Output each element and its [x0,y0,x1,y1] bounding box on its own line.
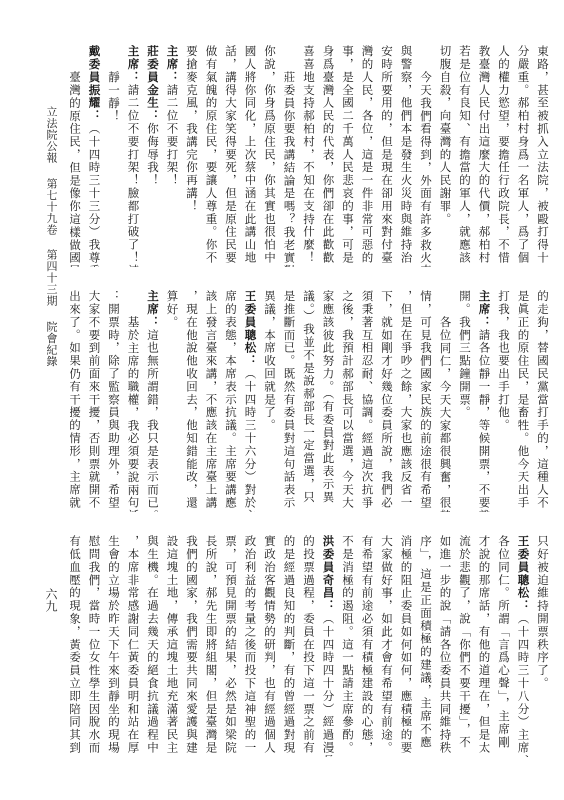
line-text: 須秉著互相忍耐、協調。經過這次抗爭 [361,290,375,509]
volume-label: 第七十九卷 [44,178,58,236]
line-text: 席的表態，本席表示抗議。主席要講應 [224,290,238,509]
line-text: 開。我們三點鐘開票。 [458,290,472,419]
speaker-line: 莊委員金生：你侮辱我！ [143,45,163,267]
text-line: 流於悲觀了，說「你們不要干擾」，不 [455,535,475,757]
text-line: 異議，本席收回就是了。 [260,290,280,512]
speaker-name: 莊委員金生： [146,45,160,122]
text-line: 設這塊土地，傳承這塊土地充滿著民主 [162,535,182,757]
line-text: 設這塊土地，傳承這塊土地充滿著民主 [166,535,180,754]
line-text: 是推斷而已。既然有委員對這句話表示 [283,290,297,509]
line-text: 異議，本席收回就是了。 [263,290,277,432]
line-text: 基於主席的職權，我必須要說兩句話 [127,316,141,512]
text-line: 該上發言臺來講，不應該在主席臺上講 [201,290,221,512]
text-line: 與生機。在過去幾天的絕食抗議過程中 [143,535,163,757]
text-line: 各位同仁。所謂「言爲心聲」，主席剛 [494,535,514,757]
line-text: 我們的國家，我們需要共同來愛護與建 [185,535,199,754]
text-line: 才說的那席話，有他的道理在，但是太 [474,535,494,757]
line-text: 人的權力慾望，要擔任行政院長，不惜 [497,45,511,264]
text-line: 須秉著互相忍耐、協調。經過這次抗爭 [357,290,377,512]
line-text: ，但是在爭吵之餘，大家也應該反省一 [400,290,414,509]
text-line: 算好。 [162,290,182,512]
text-line: 之後，我預計郝部長可以當選，今天大 [338,290,358,512]
text-line: 我們的國家，我們需要共同來愛護與建 [182,535,202,757]
line-text: 東路，甚至被抓入立法院，被毆打得十 [536,45,550,264]
text-line: 的投票過程，委員在投下這一票之前有 [299,535,319,757]
line-text: 的投票過程，委員在投下這一票之前有 [302,535,316,754]
line-text: 臺灣的原住民，但是像你這樣做國民黨 [70,71,82,267]
line-text: 這也無所謂錯，我只是表示而已。 [146,329,160,512]
text-line: 的走狗，替國民黨當打手的，這種人不 [533,290,553,512]
line-text: 教臺灣人民付出這麼大的代價，郝柏村 [478,45,492,264]
running-header: 立法院公報 第七十九卷 第四十三期 院會紀錄 [44,106,58,367]
line-text: 大家不要到前面來干擾，否則票就開不 [88,290,102,509]
line-text: 靜一靜！ [107,71,121,123]
line-text: 請各位靜一靜，等候開票，不要離 [478,329,492,512]
line-text: 流於悲觀了，說「你們不要干擾」，不 [458,535,472,749]
line-text: 家應該彼此努力。（有委員對此表示異 [322,290,336,504]
text-line: 莊委員你要我講結論是嗎？我老實對 [279,45,299,267]
text-line: 政治利益的考量之後而投下這神聖的一 [240,535,260,757]
text-line: 是推斷而已。既然有委員對這句話表示 [279,290,299,512]
text-line: 你說，你身爲原住民，你其實也很怕中 [260,45,280,267]
text-line: 若是位有良知、有擔當的軍人，就應該 [455,45,475,267]
speaker-name: 主席： [127,45,141,84]
speaker-name: 王委員聰松： [517,535,531,612]
text-line: 生會的立場於昨天下午來到靜坐的現場 [104,535,124,757]
text-line: 與警察，他們本是發生火災時與維持治 [396,45,416,267]
page-number: 六九 [44,588,58,612]
text-line: 人的權力慾望，要擔任行政院長，不惜 [494,45,514,267]
line-text: 情，可見我們國家民族的前途很有希望 [419,290,433,509]
text-line: 今天我們看得到，外面有許多救火車 [416,45,436,267]
text-line: 實政治客觀情勢的研判，也有經過個人 [260,535,280,757]
text-line: 話，講得大家笑得要死，但是原住民要 [221,45,241,267]
text-line: 家應該彼此努力。（有委員對此表示異 [318,290,338,512]
text-line: 開。我們三點鐘開票。 [455,290,475,512]
line-text: 有希望有前途必須有積極建設的心態， [361,535,375,754]
text-line: 大家做好事，如此才會有希望有前途。 [377,535,397,757]
line-text: 的走狗，替國民黨當打手的，這種人不 [536,290,550,509]
text-line: 要搶麥克風，我講完你再講！ [182,45,202,267]
text-line: 如進一步的說「請各位委員共同維持秩 [435,535,455,757]
speaker-line: 主席：這也無所謂錯，我只是表示而已。 [143,290,163,512]
line-text: 分嚴重。郝柏村身爲一名軍人，爲了個 [517,45,531,264]
text-line: 只好被迫維持開票秩序了。 [533,535,553,757]
text-line: 的是經過良知的判斷，有的曾經過對現 [279,535,299,757]
text-line: 有低血壓的現象，黃委員立即陪同其到 [70,535,84,757]
speaker-name: 主席： [166,45,180,84]
line-text: 各位同仁。所謂「言爲心聲」，主席剛 [497,535,511,749]
text-line: 長所說，郝先生即將組閣，但是臺灣是 [201,535,221,757]
line-text: 莊委員你要我講結論是嗎？我老實對 [283,71,297,267]
line-text: 若是位有良知、有擔當的軍人，就應該 [458,45,472,264]
text-line: 國人將你同化，上次蔡中涵在此講山地 [240,45,260,267]
section-label: 院會紀錄 [44,321,58,367]
text-line: 出來了。如果仍有干擾的情形，主席就 [70,290,84,512]
issue-label: 第四十三期 [44,249,58,307]
speaker-line: 主席：請各位靜一靜，等候開票，不要離 [474,290,494,512]
line-text: 事，是全國二千萬人民悲哀的事，可是 [341,45,355,264]
text-line: 慰問我們，當時一位女性學生因脫水而 [84,535,104,757]
line-text: 有低血壓的現象，黃委員立即陪同其到 [70,535,82,754]
line-text: 生會的立場於昨天下午來到靜坐的現場 [107,535,121,754]
line-text: 話，講得大家笑得要死，但是原住民要 [224,45,238,264]
line-text: 切腹自殺，向臺灣的人民謝罪。 [439,45,453,226]
text-line: 做有氣魄的原住民，要讓人尊重。你不 [201,45,221,267]
speaker-name: 主席： [478,290,492,329]
line-text: 票，可預見開票的結果，必然是如梁院 [224,535,238,754]
line-text: ：開票時，除了監察員與助理外，希望 [107,290,121,509]
text-line: 臺灣的原住民，但是像你這樣做國民黨 [70,45,84,267]
line-text: 國人將你同化，上次蔡中涵在此講山地 [244,45,258,264]
line-text: 議。）我並不是說郝部長一定當選，只 [302,290,316,504]
text-tier-3: 只好被迫維持開票秩序了。王委員聰松：（十四時三十八分）主席、各位同仁。所謂「言爲… [70,535,552,757]
text-line: 切腹自殺，向臺灣的人民謝罪。 [435,45,455,267]
text-line: 席的表態，本席表示抗議。主席要講應 [221,290,241,512]
line-text: 該上發言臺來講，不應該在主席臺上講 [205,290,219,509]
text-line: ，但是在爭吵之餘，大家也應該反省一 [396,290,416,512]
line-text: 才說的那席話，有他的道理在，但是太 [478,535,492,754]
line-text: 出來了。如果仍有干擾的情形，主席就 [70,290,82,509]
line-text: 的是經過良知的判斷，有的曾經過對現 [283,535,297,754]
speaker-name: 洪委員奇昌： [322,535,336,612]
line-text: （十四時三十八分）主席、 [517,612,531,757]
text-line: 下，就如剛才好幾位委員所說，我們必 [377,290,397,512]
line-text: （十四時三十三分）我尊重 [88,122,102,267]
line-text: 只好被迫維持開票秩序了。 [536,535,550,690]
text-line: 安時所要用的，但是現在卻用來對付臺 [377,45,397,267]
text-line: 身爲臺灣人民的代表，你們卻在此歡歡 [318,45,338,267]
line-text: 算好。 [166,290,180,329]
line-text: 你說，你身爲原住民，你其實也很怕中 [263,45,277,264]
line-text: 打我，我也要出手打他。 [497,290,511,432]
line-text: 各位同仁，今天大家都很興奮，很熱 [439,316,453,512]
text-line: 打我，我也要出手打他。 [494,290,514,512]
line-text: ，本席非常感謝同仁黃委員明和站在厚 [127,535,141,754]
text-line: 議。）我並不是說郝部長一定當選，只 [299,290,319,512]
text-tier-2: 的走狗，替國民黨當打手的，這種人不是眞正的原住民，是畜牲。他今天出手打我，我也要… [70,290,552,512]
speaker-line: 王委員聰松：（十四時三十八分）主席、 [513,535,533,757]
line-text: 實政治客觀情勢的研判，也有經過個人 [263,535,277,754]
speaker-line: 主席：請二位不要打架！ [162,45,182,267]
text-line: 教臺灣人民付出這麼大的代價，郝柏村 [474,45,494,267]
line-text: 你侮辱我！ [146,122,160,187]
line-text: 下，就如剛才好幾位委員所說，我們必 [380,290,394,509]
line-text: 做有氣魄的原住民，要讓人尊重。你不 [205,45,219,264]
line-text: 不是消極的遏阻。這一點請主席參酌。 [341,535,355,754]
line-text: 如進一步的說「請各位委員共同維持秩 [439,535,453,754]
text-line: 情，可見我們國家民族的前途很有希望 [416,290,436,512]
line-text: 身爲臺灣人民的代表，你們卻在此歡歡 [322,45,336,264]
text-line: 靜一靜！ [104,45,124,267]
text-line: 東路，甚至被抓入立法院，被毆打得十 [533,45,553,267]
line-text: 序」，這是正面積極的建議，主席不應 [419,535,433,749]
line-text: 消極的阻止委員如何如何，應積極的要 [400,535,414,754]
speaker-name: 王委員聰松： [244,290,258,367]
speaker-line: 王委員聰松：（十四時三十六分）對於主 [240,290,260,512]
line-text: （十四時四十分）經過漫長 [322,612,336,757]
line-text: 要搶麥克風，我講完你再講！ [185,45,199,213]
text-line: 是眞正的原住民，是畜牲。他今天出手 [513,290,533,512]
text-line: 不是消極的遏阻。這一點請主席參酌。 [338,535,358,757]
speaker-line: 戴委員振耀：（十四時三十三分）我尊重 [84,45,104,267]
line-text: 安時所要用的，但是現在卻用來對付臺 [380,45,394,264]
line-text: 之後，我預計郝部長可以當選，今天大 [341,290,355,509]
text-line: ：開票時，除了監察員與助理外，希望 [104,290,124,512]
line-text: ，現在他說他收回去，他知錯能改，還 [185,290,199,509]
speaker-name: 戴委員振耀： [88,45,102,122]
line-text: 喜喜地支持郝柏村，不知在支持什麼！ [302,45,316,264]
publication-title: 立法院公報 [44,106,58,164]
text-line: 分嚴重。郝柏村身爲一名軍人，爲了個 [513,45,533,267]
text-line: 有希望有前途必須有積極建設的心態， [357,535,377,757]
text-line: 灣的人民，各位，這是一件非常可惡的 [357,45,377,267]
line-text: 慰問我們，當時一位女性學生因脫水而 [88,535,102,754]
line-text: 是眞正的原住民，是畜牲。他今天出手 [517,290,531,509]
text-line: 喜喜地支持郝柏村，不知在支持什麼！ [299,45,319,267]
text-line: ，本席非常感謝同仁黃委員明和站在厚 [123,535,143,757]
line-text: 與警察，他們本是發生火災時與維持治 [400,45,414,264]
text-line: 票，可預見開票的結果，必然是如梁院 [221,535,241,757]
line-text: 請二位不要打架！臉都打破了！請 [127,84,141,267]
line-text: 與生機。在過去幾天的絕食抗議過程中 [146,535,160,754]
line-text: 灣的人民，各位，這是一件非常可惡的 [361,45,375,264]
line-text: 今天我們看得到，外面有許多救火車 [419,71,433,267]
text-line: 序」，這是正面積極的建議，主席不應 [416,535,436,757]
text-tier-1: 東路，甚至被抓入立法院，被毆打得十分嚴重。郝柏村身爲一名軍人，爲了個人的權力慾望… [70,45,552,267]
speaker-line: 洪委員奇昌：（十四時四十分）經過漫長 [318,535,338,757]
line-text: （十四時三十六分）對於主 [244,367,258,512]
text-line: 基於主席的職權，我必須要說兩句話 [123,290,143,512]
line-text: 大家做好事，如此才會有希望有前途。 [380,535,394,754]
speaker-name: 主席： [146,290,160,329]
line-text: 政治利益的考量之後而投下這神聖的一 [244,535,258,754]
text-line: 事，是全國二千萬人民悲哀的事，可是 [338,45,358,267]
line-text: 長所說，郝先生即將組閣，但是臺灣是 [205,535,219,754]
text-line: 大家不要到前面來干擾，否則票就開不 [84,290,104,512]
line-text: 請二位不要打架！ [166,84,180,187]
text-line: 各位同仁，今天大家都很興奮，很熱 [435,290,455,512]
text-line: ，現在他說他收回去，他知錯能改，還 [182,290,202,512]
speaker-line: 主席：請二位不要打架！臉都打破了！請 [123,45,143,267]
text-line: 消極的阻止委員如何如何，應積極的要 [396,535,416,757]
